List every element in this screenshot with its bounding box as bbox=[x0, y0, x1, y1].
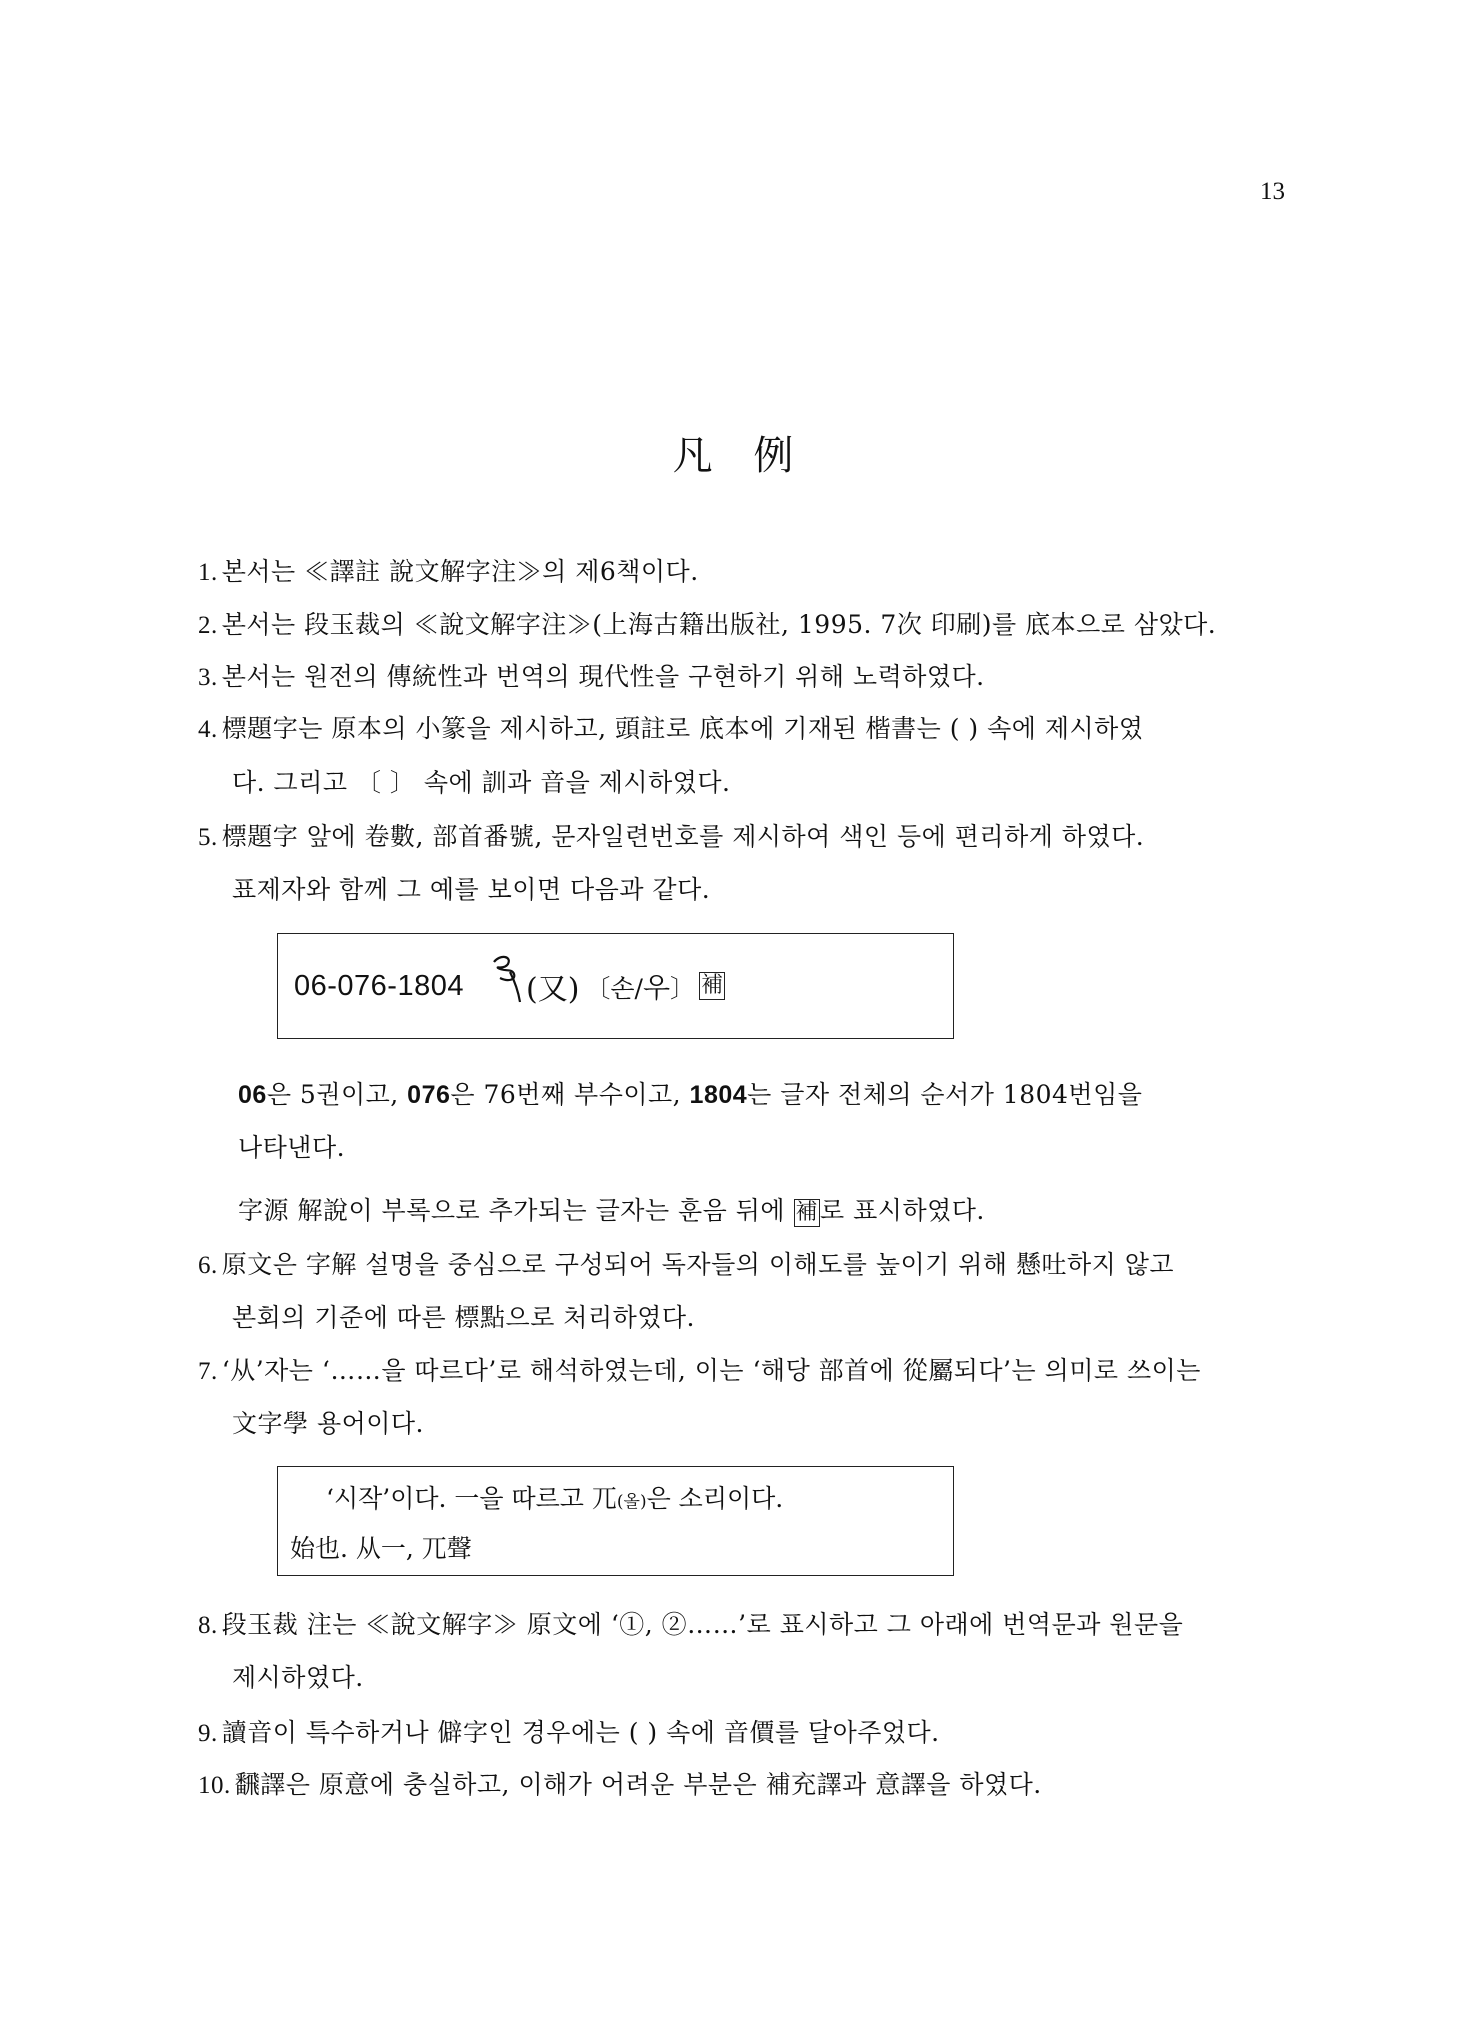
original-text-line: 始也. 从一, 兀聲 bbox=[290, 1529, 472, 1565]
seal-script-glyph-icon bbox=[490, 954, 524, 1004]
item-text: 原文은 字解 설명을 중심으로 구성되어 독자들의 이해도를 높이기 위해 懸吐… bbox=[222, 1250, 1174, 1279]
page-number: 13 bbox=[1240, 178, 1285, 206]
sound-annotation: (올) bbox=[617, 1492, 647, 1512]
translation-text: 은 소리이다. bbox=[647, 1484, 784, 1513]
note-text: 은 5권이고, bbox=[267, 1080, 407, 1109]
item-number: 8. bbox=[198, 1611, 218, 1641]
list-item-1: 1.본서는 ≪譯註 說文解字注≫의 제6책이다. bbox=[198, 557, 1284, 588]
item-text: 飜譯은 原意에 충실하고, 이해가 어려운 부분은 補充譯과 意譯을 하였다. bbox=[235, 1770, 1042, 1799]
supplement-mark: 補 bbox=[794, 1199, 821, 1227]
note-text: 는 글자 전체의 순서가 1804번임을 bbox=[747, 1080, 1142, 1109]
item-text: 讀音이 특수하거나 僻字인 경우에는 ( ) 속에 音價를 달아주었다. bbox=[222, 1718, 940, 1747]
list-item-7-continuation: 文字學 용어이다. bbox=[232, 1409, 1284, 1439]
supplement-note: 字源 解說이 부록으로 추가되는 글자는 훈음 뒤에 補로 표시하였다. bbox=[238, 1196, 1284, 1227]
bold-number: 06 bbox=[238, 1081, 267, 1109]
list-item-2: 2.본서는 段玉裁의 ≪說文解字注≫(上海古籍出版社, 1995. 7次 印刷)… bbox=[198, 610, 1284, 641]
list-item-6: 6.原文은 字解 설명을 중심으로 구성되어 독자들의 이해도를 높이기 위해 … bbox=[198, 1250, 1284, 1281]
list-item-3: 3.본서는 원전의 傳統性과 번역의 現代性을 구현하기 위해 노력하였다. bbox=[198, 662, 1284, 693]
item-text: 본서는 ≪譯註 說文解字注≫의 제6책이다. bbox=[222, 557, 699, 586]
list-item-6-continuation: 본회의 기준에 따른 標點으로 처리하였다. bbox=[232, 1303, 1284, 1333]
item-text: 標題字 앞에 卷數, 部首番號, 문자일련번호를 제시하여 색인 등에 편리하게… bbox=[222, 822, 1144, 851]
note-text: 字源 解說이 부록으로 추가되는 글자는 훈음 뒤에 bbox=[238, 1196, 794, 1225]
item-number: 7. bbox=[198, 1357, 218, 1387]
list-item-5-continuation: 표제자와 함께 그 예를 보이면 다음과 같다. bbox=[232, 875, 1284, 905]
item-number: 4. bbox=[198, 715, 218, 745]
list-item-5: 5.標題字 앞에 卷數, 部首番號, 문자일련번호를 제시하여 색인 등에 편리… bbox=[198, 822, 1284, 853]
item-number: 10. bbox=[198, 1771, 231, 1801]
list-item-10: 10.飜譯은 原意에 충실하고, 이해가 어려운 부분은 補充譯과 意譯을 하였… bbox=[198, 1770, 1284, 1801]
item-number: 3. bbox=[198, 663, 218, 693]
gloss-and-sound: 〔손/우〕 bbox=[585, 966, 695, 1006]
item-number: 1. bbox=[198, 558, 218, 588]
supplement-mark: 補 bbox=[699, 972, 725, 1000]
item-number: 5. bbox=[198, 823, 218, 853]
example-box-headword: 06-076-1804 (又) 〔손/우〕 補 bbox=[277, 933, 954, 1039]
item-text: ‘从’자는 ‘……을 따르다’로 해석하였는데, 이는 ‘해당 部首에 從屬되다… bbox=[222, 1356, 1201, 1385]
gloss-text: 〔손/ bbox=[585, 974, 643, 1003]
character-serial-code: 06-076-1804 bbox=[294, 970, 464, 1003]
list-item-9: 9.讀音이 특수하거나 僻字인 경우에는 ( ) 속에 音價를 달아주었다. bbox=[198, 1718, 1284, 1749]
item-text: 본서는 段玉裁의 ≪說文解字注≫(上海古籍出版社, 1995. 7次 印刷)를 … bbox=[222, 610, 1217, 639]
kaishu-character: (又) bbox=[526, 964, 579, 1008]
list-item-8: 8.段玉裁 注는 ≪說文解字≫ 原文에 ‘①, ②……’로 표시하고 그 아래에… bbox=[198, 1610, 1284, 1641]
example-box-translation: ‘시작’이다. 一을 따르고 兀(올)은 소리이다. 始也. 从一, 兀聲 bbox=[277, 1466, 954, 1576]
list-item-4: 4.標題字는 原本의 小篆을 제시하고, 頭註로 底本에 기재된 楷書는 ( )… bbox=[198, 714, 1284, 745]
item-text: 標題字는 原本의 小篆을 제시하고, 頭註로 底本에 기재된 楷書는 ( ) 속… bbox=[222, 714, 1144, 743]
item-number: 6. bbox=[198, 1251, 218, 1281]
list-item-4-continuation: 다. 그리고 〔 〕 속에 訓과 音을 제시하였다. bbox=[232, 768, 1284, 798]
example-explanation-continuation: 나타낸다. bbox=[238, 1133, 1284, 1163]
bold-number: 076 bbox=[407, 1081, 450, 1109]
item-text: 본서는 원전의 傳統性과 번역의 現代性을 구현하기 위해 노력하였다. bbox=[222, 662, 985, 691]
headword-example: 06-076-1804 (又) 〔손/우〕 補 bbox=[294, 964, 725, 1008]
sound-text: 우 bbox=[643, 971, 670, 1004]
page-title: 凡 例 bbox=[0, 424, 1480, 481]
item-text: 段玉裁 注는 ≪說文解字≫ 原文에 ‘①, ②……’로 표시하고 그 아래에 번… bbox=[222, 1610, 1184, 1639]
translation-text: ‘시작’이다. 一을 따르고 兀 bbox=[326, 1484, 617, 1513]
gloss-close: 〕 bbox=[670, 974, 695, 1003]
translation-line: ‘시작’이다. 一을 따르고 兀(올)은 소리이다. bbox=[326, 1479, 783, 1515]
item-number: 2. bbox=[198, 611, 218, 641]
list-item-8-continuation: 제시하였다. bbox=[232, 1663, 1284, 1693]
list-item-7: 7.‘从’자는 ‘……을 따르다’로 해석하였는데, 이는 ‘해당 部首에 從屬… bbox=[198, 1356, 1284, 1387]
note-text: 은 76번째 부수이고, bbox=[450, 1080, 689, 1109]
item-number: 9. bbox=[198, 1719, 218, 1749]
note-text: 로 표시하였다. bbox=[820, 1196, 985, 1225]
bold-number: 1804 bbox=[690, 1081, 748, 1109]
example-explanation: 06은 5권이고, 076은 76번째 부수이고, 1804는 글자 전체의 순… bbox=[238, 1080, 1284, 1110]
